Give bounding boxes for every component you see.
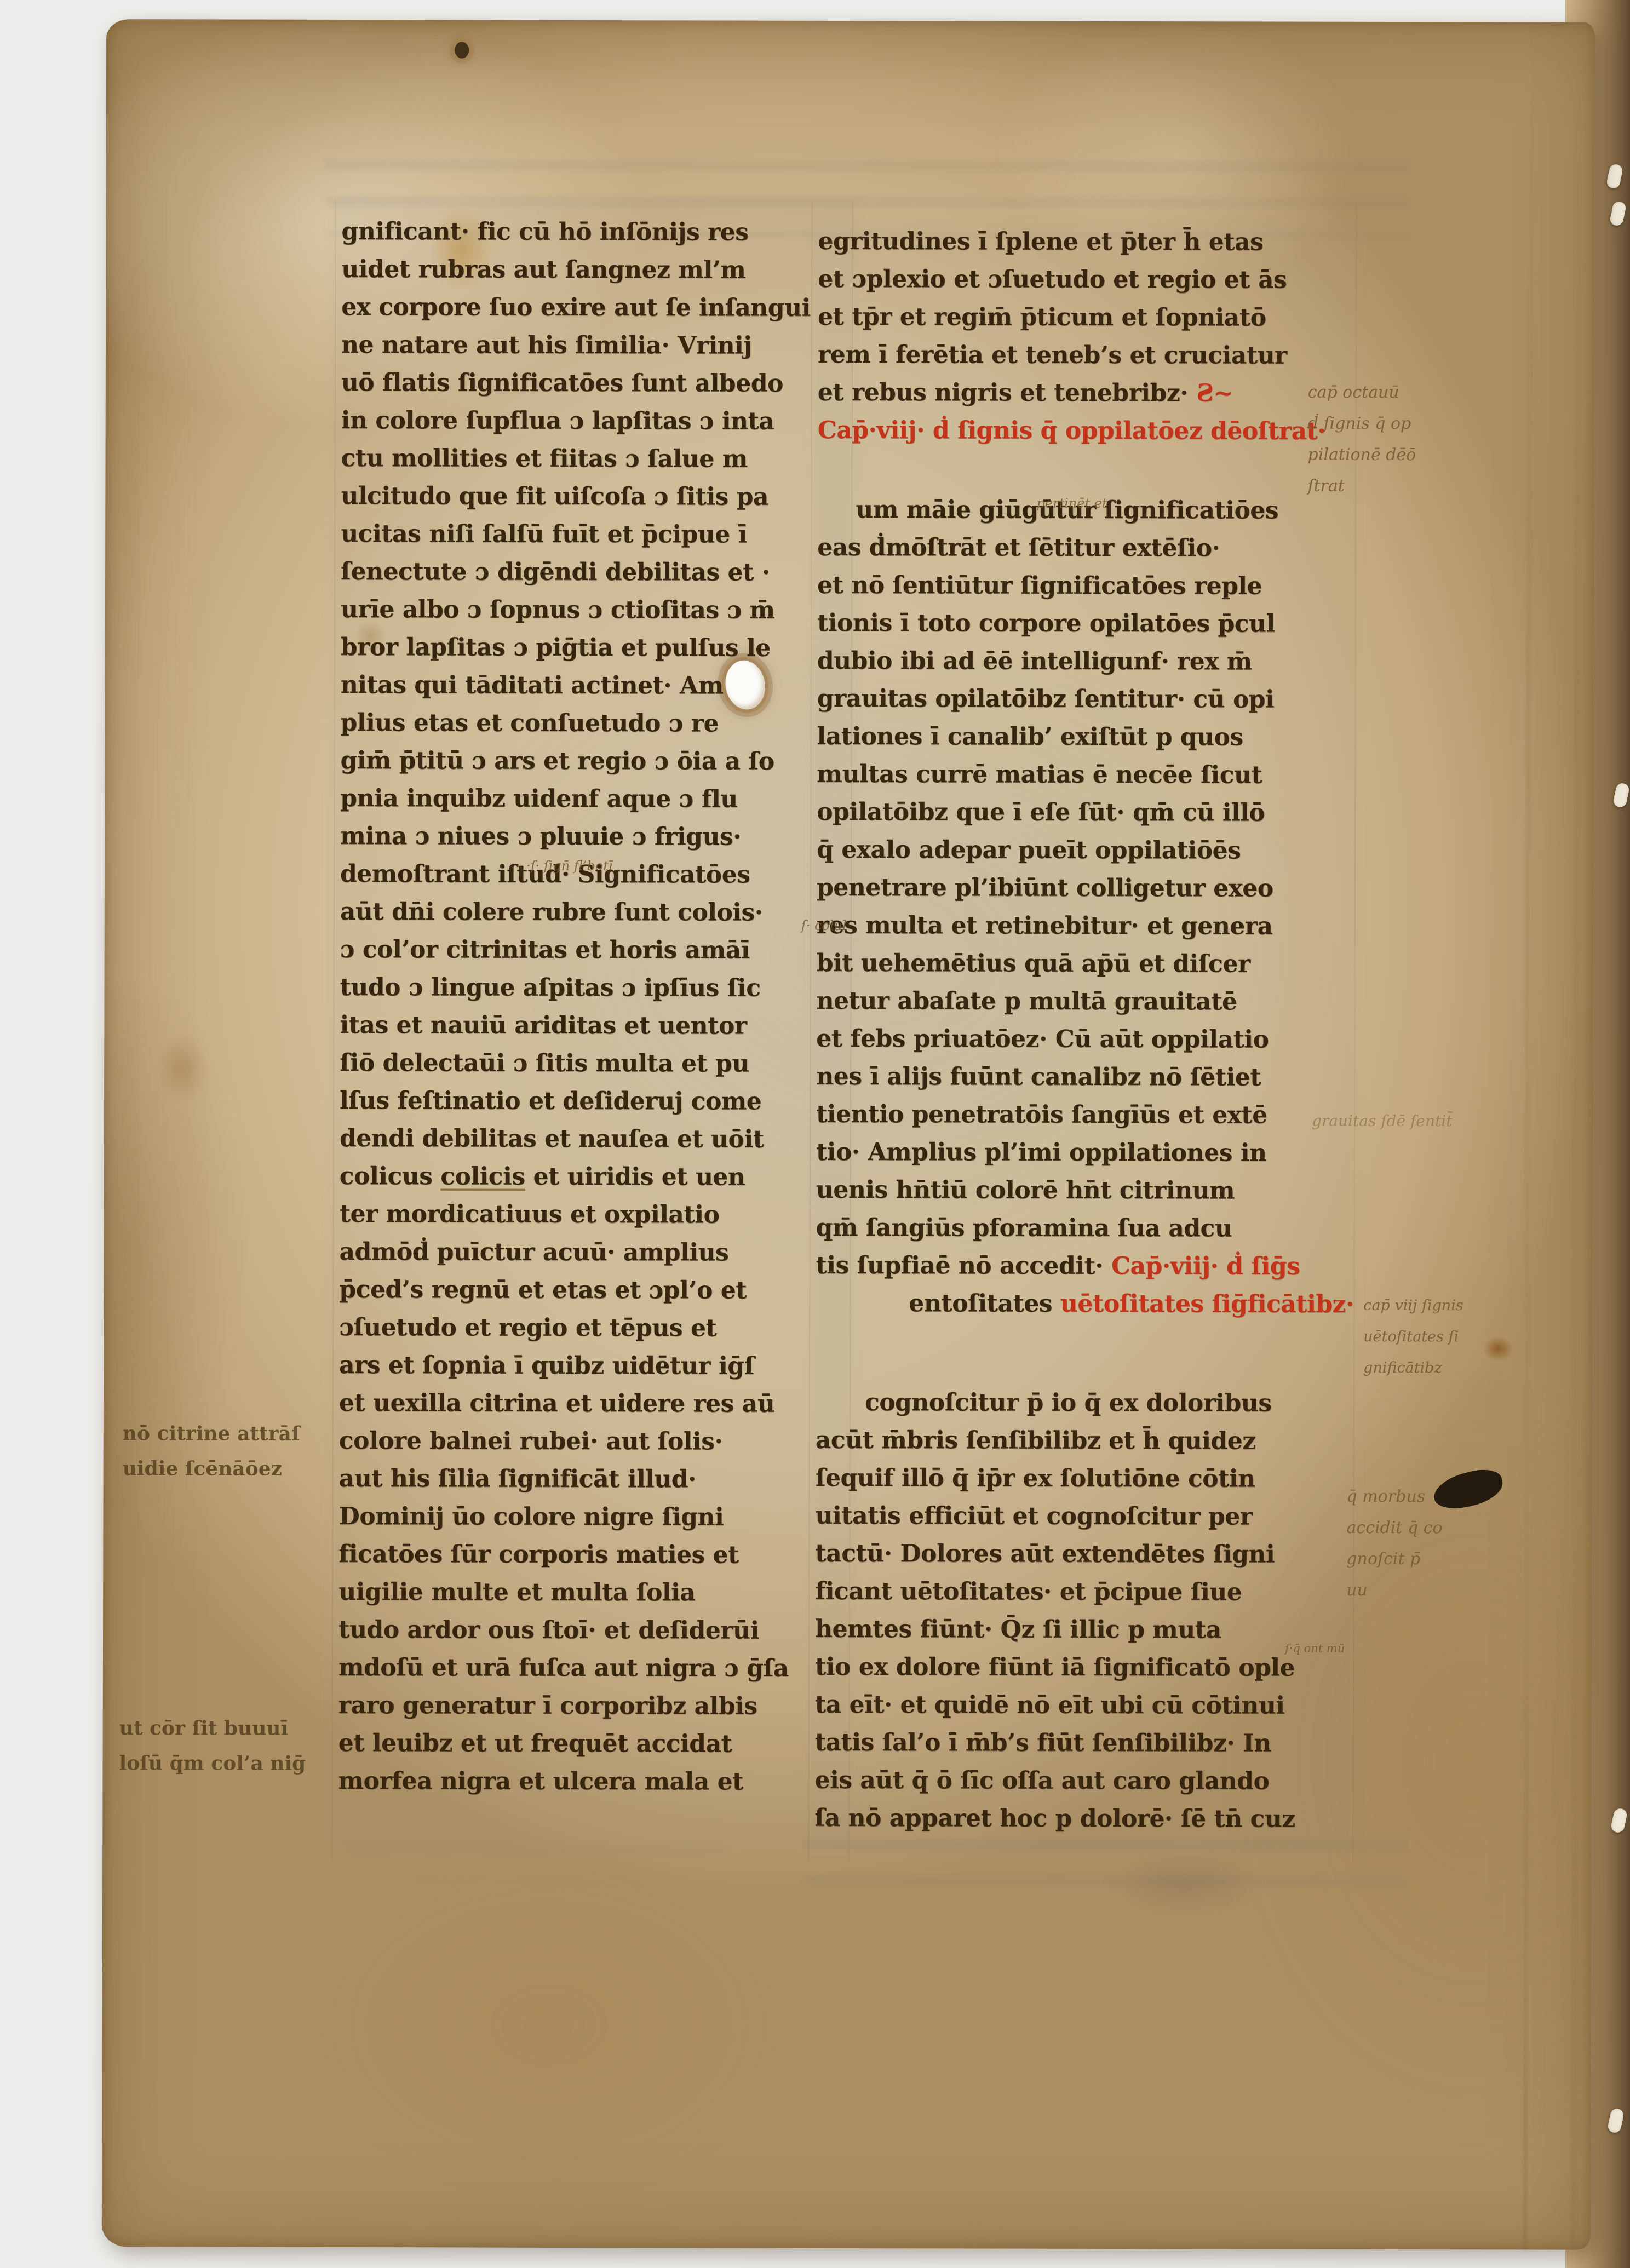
smudge xyxy=(1105,1851,1264,1917)
text-line: bit uehemētius quā ap̄ū et diſcer xyxy=(817,944,1353,983)
text-line: aūt dn̄i colere rubre ſunt colois· xyxy=(340,893,852,932)
text-line: et ɔplexio et ɔſuetudo et regio et ās xyxy=(818,260,1354,299)
show-through-text xyxy=(343,1844,727,1882)
text-line: gnificātibz xyxy=(1363,1348,1463,1380)
text-line: ta eīt· et quidē nō eīt ubi cū cōtinui xyxy=(815,1686,1352,1725)
text-line: ex corpore ſuo exire aut ſe inſangui xyxy=(341,288,853,327)
margin-note-left-lower: ut cōr ſit buuuīloſū q̄m col’a niḡ xyxy=(119,1710,306,1781)
text-line: tatis ſal’o ī m̄b’s fiūt ſenſibilibz· In xyxy=(815,1724,1352,1762)
stain xyxy=(156,1032,208,1104)
text-line: nitas qui tāditati actinet· Am xyxy=(341,666,853,705)
text-column-left: gnificant· fic cū hō inſōnijs resuidet r… xyxy=(338,213,853,1801)
body-text: colicus xyxy=(340,1162,441,1190)
gloss-text: ſ· colul xyxy=(801,918,847,933)
text-line: eas ḋmōſtrāt et ſētitur extēſio· xyxy=(817,529,1354,567)
body-text: et uiridis et uen xyxy=(525,1163,745,1191)
text-line: gnificant· fic cū hō inſōnijs res xyxy=(341,213,853,251)
text-line: dubio ibi ad ēē intelligunf· rex m̄ xyxy=(817,642,1354,681)
text-line: lſus feſtinatio et deſideruj come xyxy=(340,1082,852,1121)
text-line: mdoſū et urā fuſca aut nigra ɔ ḡſa xyxy=(338,1649,851,1687)
text-column-right-chapter8: um māie giūgūtur ſignificatiōeseas ḋmōſt… xyxy=(816,491,1354,1323)
body-text: colicis xyxy=(440,1162,525,1190)
margin-note-right-faded: grauitas ſdē ſentit̄ xyxy=(1312,1105,1453,1137)
text-line: nō citrine attrāſ xyxy=(123,1416,300,1451)
text-line: cap̄ viij ſignis xyxy=(1363,1286,1463,1317)
text-line: netur abaſate p multā grauitatē xyxy=(816,982,1353,1021)
text-line: itas et nauiū ariditas et uentor xyxy=(340,1006,852,1045)
text-line: cap̄ octauū xyxy=(1308,372,1416,404)
manuscript-scan: gnificant· fic cū hō inſōnijs resuidet r… xyxy=(0,0,1630,2268)
gloss-text: pertinēt et xyxy=(1036,496,1107,511)
margin-gloss-right-lower: ſ·q̄ ont mū xyxy=(1285,1642,1345,1655)
margin-note-left-mid: nō citrine attrāſuidie ſcēnāōez xyxy=(123,1416,300,1486)
body-text: entoſitates xyxy=(909,1289,1060,1318)
text-line: opilatōibz que ī eſe ſūt· qm̄ cū illō xyxy=(817,793,1353,832)
text-line: ut cōr ſit buuuī xyxy=(119,1710,306,1746)
body-text: cognoſcitur p̄ io q̄ ex doloribus xyxy=(865,1388,1272,1417)
margin-gloss-colois: ſ· colul xyxy=(801,918,847,933)
text-line: colicus colicis et uiridis et uen xyxy=(340,1157,852,1196)
text-column-right-intro: egritudines ī ſplene et p̄ter h̄ etaset … xyxy=(818,222,1355,450)
interlinear-gloss-pertinet: pertinēt et xyxy=(1036,496,1107,511)
text-line: q̄ morbus xyxy=(1347,1481,1443,1512)
text-line: penetrare pl’ibiūnt colligetur exeo xyxy=(817,869,1353,908)
wormhole-spot xyxy=(455,42,469,58)
body-text: et rebus nigris et tenebribz· xyxy=(818,378,1196,407)
text-line: ſenectute ɔ digēndi debilitas et · xyxy=(341,553,853,592)
text-line: ne natare aut his ſimilia· Vrinij xyxy=(341,326,853,365)
text-line: uidet rubras aut ſangnez ml’m xyxy=(341,250,853,289)
text-line: acūt m̄bris ſenſibilibz et h̄ quidez xyxy=(816,1421,1352,1460)
rubric-text: uētoſitates ſiḡficātibz· xyxy=(1060,1290,1354,1318)
text-line: tactū· Dolores aūt extendētes ſigni xyxy=(815,1535,1352,1574)
text-line: et leuibz et ut frequēt accidat xyxy=(338,1724,851,1763)
rubric-text: Cap̄·viij· ḋ ſignis q̄ oppilatōez dēoſtr… xyxy=(818,416,1326,445)
text-line: tientio penetratōis ſangīūs et extē xyxy=(816,1095,1353,1134)
text-line: ficant uētoſitates· et p̄cipue ſiue xyxy=(815,1572,1352,1611)
text-line: ſtrat xyxy=(1307,466,1416,497)
text-line: loſū q̄m col’a niḡ xyxy=(119,1746,306,1781)
margin-note-text: grauitas ſdē ſentit̄ xyxy=(1312,1112,1452,1130)
text-line: gim̄ p̄titū ɔ ars et regio ɔ ōia a ſo xyxy=(340,742,852,780)
ruling-line xyxy=(331,200,336,1860)
text-line: ucitas niſi ſalſū fuīt et p̄cipue ī xyxy=(341,515,853,554)
rubric-text: Cap̄·viij· ḋ ſiḡs xyxy=(1111,1252,1300,1281)
text-line: qm̄ ſangiūs pforamina ſua adcu xyxy=(816,1209,1353,1248)
interlinear-gloss: ·ſ· ſign̄ fl’botī xyxy=(526,858,613,874)
text-line: ulcitudo que fit uiſcoſa ɔ ſitis pa xyxy=(341,477,853,516)
sewing-stitch xyxy=(1607,2108,1625,2134)
text-line: egritudines ī ſplene et p̄ter h̄ etas xyxy=(818,222,1354,261)
text-line: pilationē dēō xyxy=(1308,435,1416,466)
text-column-right-chapter9: cognoſcitur p̄ io q̄ ex doloribusacūt m̄… xyxy=(814,1383,1352,1838)
text-line: uidie ſcēnāōez xyxy=(123,1451,300,1486)
show-through-text xyxy=(803,1839,1406,1895)
text-line: ctu mollities et fiitas ɔ ſalue m xyxy=(341,439,853,478)
sewing-stitch xyxy=(1610,1807,1628,1834)
text-line: et nō ſentiūtur ſignificatōes reple xyxy=(817,566,1354,605)
text-line: eis aūt q̄ ō ſīc oſſa aut caro glando xyxy=(814,1761,1351,1800)
text-line: morfea nigra et ulcera mala et xyxy=(338,1762,850,1801)
text-line: et rebus nigris et tenebribz· Ƨ~ xyxy=(818,374,1354,412)
text-line: dendi debilitas et nauſea et uōit xyxy=(340,1119,852,1158)
text-line: tudo ɔ lingue aſpitas ɔ ipſīus ſic xyxy=(340,968,852,1007)
text-line: plius etas et conſuetudo ɔ re xyxy=(341,704,853,743)
text-line: tudo ardor ous ſtoī· et deſiderūi xyxy=(338,1611,851,1650)
text-line: et uexilla citrina et uidere res aū xyxy=(339,1384,851,1423)
text-line: ſiō delectaūi ɔ ſitis multa et pu xyxy=(340,1044,852,1083)
gloss-text: ·ſ· ſign̄ fl’botī xyxy=(526,858,613,874)
sewing-stitch xyxy=(1606,163,1624,190)
text-line: ſequif illō q̄ ip̄r ex ſolutiōne cōtin xyxy=(816,1459,1352,1498)
text-line: in colore ſupflua ɔ lapſitas ɔ inta xyxy=(341,401,853,440)
text-line: aut his ſilia ſignificāt illud· xyxy=(339,1460,851,1498)
vertical-crease xyxy=(1524,22,1532,2250)
sewing-stitch xyxy=(1609,200,1627,227)
text-line: accidit q̄ co xyxy=(1346,1512,1442,1543)
margin-note-right-chapter: cap̄ viij ſignisuētoſitates ſignificātib… xyxy=(1363,1286,1463,1380)
text-line: pnia inquibz uidenf aque ɔ flu xyxy=(340,779,852,818)
text-line: lationes ī canalib’ exiſtūt p quos xyxy=(817,717,1353,756)
ink-blot xyxy=(1431,1466,1506,1513)
text-line: ḋ ſignis q̄ op xyxy=(1308,404,1416,435)
text-line: nes ī alijs fuūnt canalibz nō ſētiet xyxy=(816,1058,1353,1096)
text-line: urīe albo ɔ ſopnus ɔ ctioſitas ɔ m̄ xyxy=(341,590,853,629)
margin-note-right-top: cap̄ octauūḋ ſignis q̄ oppilationē dēōſt… xyxy=(1307,372,1416,497)
text-line: et tp̄r et regim̄ p̄ticum et ſopniatō xyxy=(818,298,1354,337)
text-line: ter mordicatiuus et oxpilatio xyxy=(340,1195,852,1234)
text-line: cognoſcitur p̄ io q̄ ex doloribus xyxy=(816,1383,1352,1422)
text-line: mina ɔ niues ɔ pluuie ɔ frigus· xyxy=(340,817,852,856)
parchment-leaf: gnificant· fic cū hō inſōnijs resuidet r… xyxy=(102,19,1595,2250)
text-line: p̄ced’s regnū et etas et ɔpl’o et xyxy=(339,1271,851,1310)
text-line: tio· Amplius pl’imi oppilationes in xyxy=(816,1133,1353,1172)
text-line: ɔſuetudo et regio et tēpus et xyxy=(339,1308,851,1347)
text-line: bror lapſitas ɔ piḡtia et pulſus le xyxy=(341,628,853,667)
stain xyxy=(1484,1336,1512,1360)
margin-note-right-lower: q̄ morbusaccidit q̄ cognoſcit p̄uu xyxy=(1346,1481,1443,1606)
gloss-text: ſ·q̄ ont mū xyxy=(1285,1642,1345,1655)
text-line: entoſitates uētoſitates ſiḡficātibz· xyxy=(816,1284,1352,1323)
text-line: uitatis efficiūt et cognoſcitur per xyxy=(815,1497,1352,1536)
sewing-stitch xyxy=(1612,782,1630,808)
text-line: ɔ col’or citrinitas et horis amāī xyxy=(340,931,852,969)
body-text: tis ſupfiaē nō accedit· xyxy=(816,1251,1111,1280)
text-line: et febs priuatōez· Cū aūt oppilatio xyxy=(816,1020,1353,1059)
text-line: uigilie multe et multa ſolia xyxy=(338,1573,851,1612)
text-line: multas currē matias ē necēe ſicut xyxy=(817,755,1353,794)
text-line: uu xyxy=(1346,1575,1442,1606)
text-line: rem ī ferētia et teneb’s et cruciatur xyxy=(818,336,1354,375)
text-line: tis ſupfiaē nō accedit· Cap̄·viij· ḋ ſiḡ… xyxy=(816,1247,1352,1285)
text-line: tio ex dolore fiūnt iā ſignificatō ople xyxy=(815,1648,1352,1687)
text-line: uētoſitates ſi xyxy=(1363,1317,1463,1348)
text-line: res multa et retinebitur· et genera xyxy=(817,906,1353,945)
text-line: admōḋ puīctur acuū· amplius xyxy=(339,1233,851,1272)
text-line: tionis ī toto corpore opilatōes p̄cul xyxy=(817,604,1354,643)
rubric-text: Ƨ~ xyxy=(1196,379,1233,407)
text-line: ſa nō apparet hoc p dolorē· ſē tn̄ cuz xyxy=(814,1799,1351,1838)
text-line: ars et ſopnia ī quibz uidētur iḡſ xyxy=(339,1346,851,1385)
text-line: ficatōes ſūr corporis maties et xyxy=(338,1535,851,1574)
text-line: raro generatur ī corporibz albis xyxy=(338,1686,851,1725)
text-line: Dominij ūo colore nigre ſigni xyxy=(338,1497,851,1536)
text-line: colore balnei rubei· aut ſolis· xyxy=(339,1422,851,1461)
text-line: uō flatis ſignificatōes ſunt albedo xyxy=(341,364,853,403)
vertical-crease xyxy=(1572,22,1580,2250)
text-line: Cap̄·viij· ḋ ſignis q̄ oppilatōez dēoſtr… xyxy=(818,411,1354,450)
text-line: grauitas opilatōibz ſentitur· cū opi xyxy=(817,680,1354,719)
text-line: q̄ exalo adepar pueīt oppilatiōēs xyxy=(817,831,1353,870)
text-line: uenis hn̄tiū colorē hn̄t citrinum xyxy=(816,1171,1353,1210)
text-line: gnoſcit p̄ xyxy=(1346,1543,1442,1575)
text-line: hemtes fiūnt· Q̄z ſi illic p muta xyxy=(815,1610,1352,1649)
